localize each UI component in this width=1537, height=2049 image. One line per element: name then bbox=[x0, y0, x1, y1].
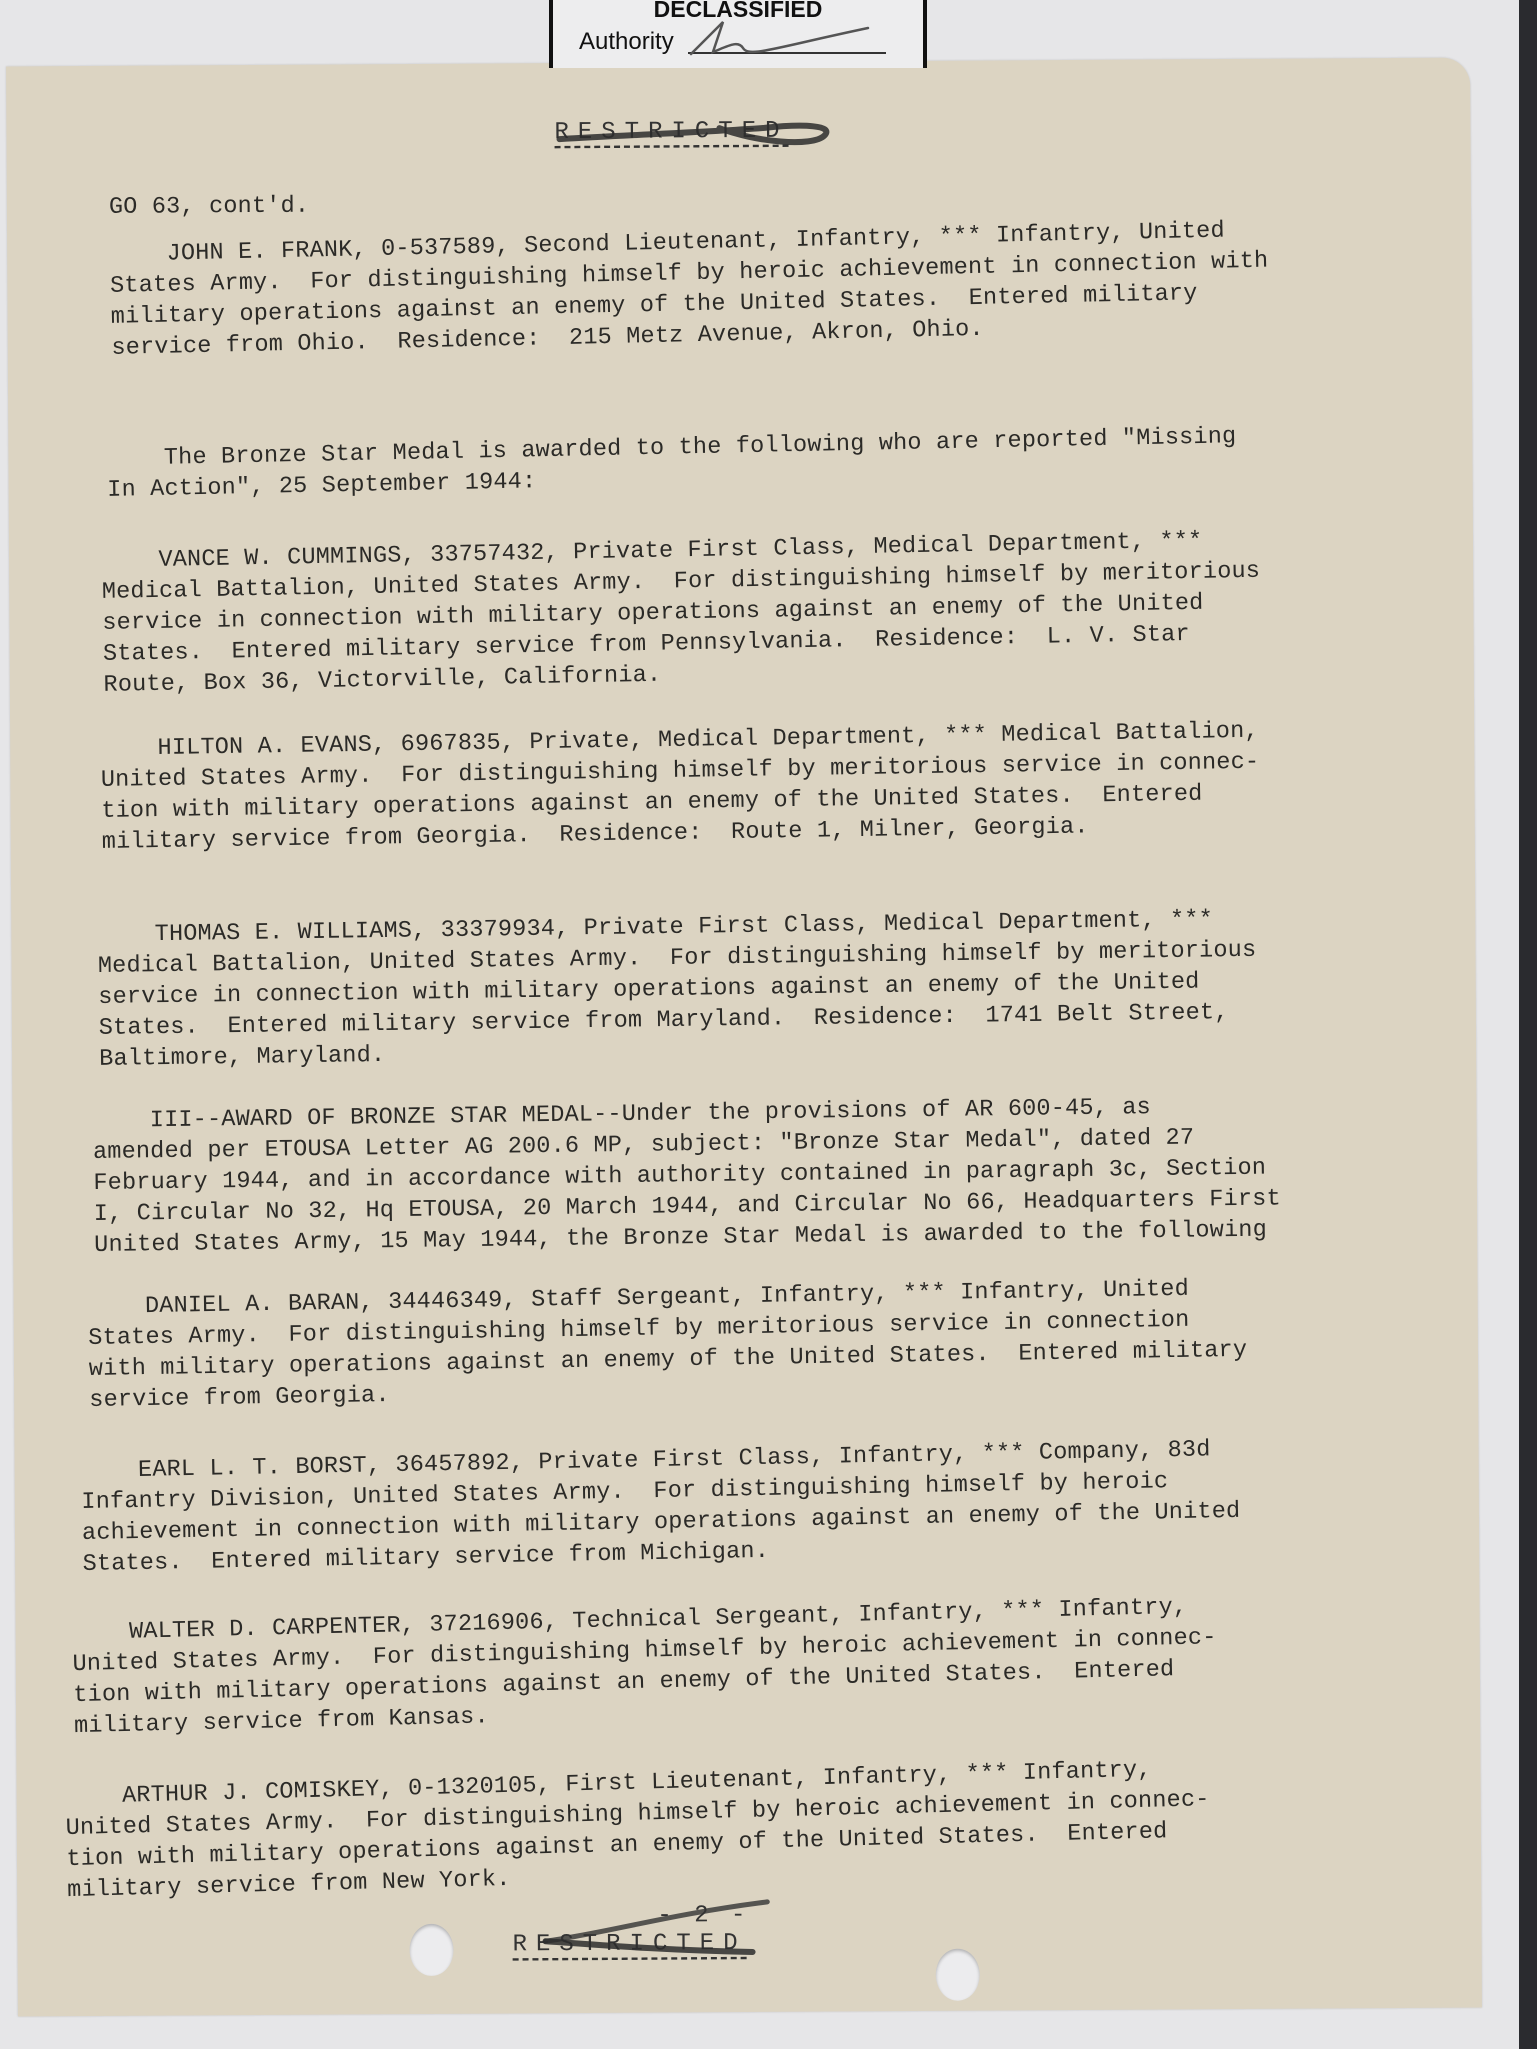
stamp-authority-label: Authority bbox=[579, 28, 674, 56]
paragraph-baran: DANIEL A. BARAN, 34446349, Staff Sergean… bbox=[88, 1273, 1248, 1416]
punch-hole-right bbox=[936, 1949, 980, 2001]
paragraph-evans: HILTON A. EVANS, 6967835, Private, Medic… bbox=[100, 716, 1260, 858]
paragraph-comiskey: ARTHUR J. COMISKEY, 0-1320105, First Lie… bbox=[65, 1753, 1212, 1906]
document-page: RESTRICTED GO 63, cont'd. JOHN E. FRANK,… bbox=[6, 58, 1482, 2017]
signature-icon bbox=[683, 18, 873, 63]
paragraph-williams: THOMAS E. WILLIAMS, 33379934, Private Fi… bbox=[97, 904, 1258, 1075]
document-header: GO 63, cont'd. bbox=[109, 191, 309, 223]
paragraph-section-iii: III--AWARD OF BRONZE STAR MEDAL--Under t… bbox=[92, 1090, 1281, 1261]
paragraph-cummings: VANCE W. CUMMINGS, 33757432, Private Fir… bbox=[101, 525, 1262, 701]
declassified-stamp: DECLASSIFIED Authority bbox=[549, 0, 927, 68]
paragraph-carpenter: WALTER D. CARPENTER, 37216906, Technical… bbox=[72, 1591, 1219, 1742]
background-edge bbox=[1519, 0, 1537, 2049]
paragraph-frink: JOHN E. FRANK, 0-537589, Second Lieutena… bbox=[109, 215, 1270, 364]
paragraph-borst: EARL L. T. BORST, 36457892, Private Firs… bbox=[81, 1434, 1242, 1580]
strikethrough-scribble-top bbox=[554, 113, 854, 155]
strikethrough-scribble-bottom bbox=[537, 1894, 797, 1966]
punch-hole-left bbox=[409, 1924, 453, 1976]
paragraph-mia-intro: The Bronze Star Medal is awarded to the … bbox=[106, 421, 1237, 506]
